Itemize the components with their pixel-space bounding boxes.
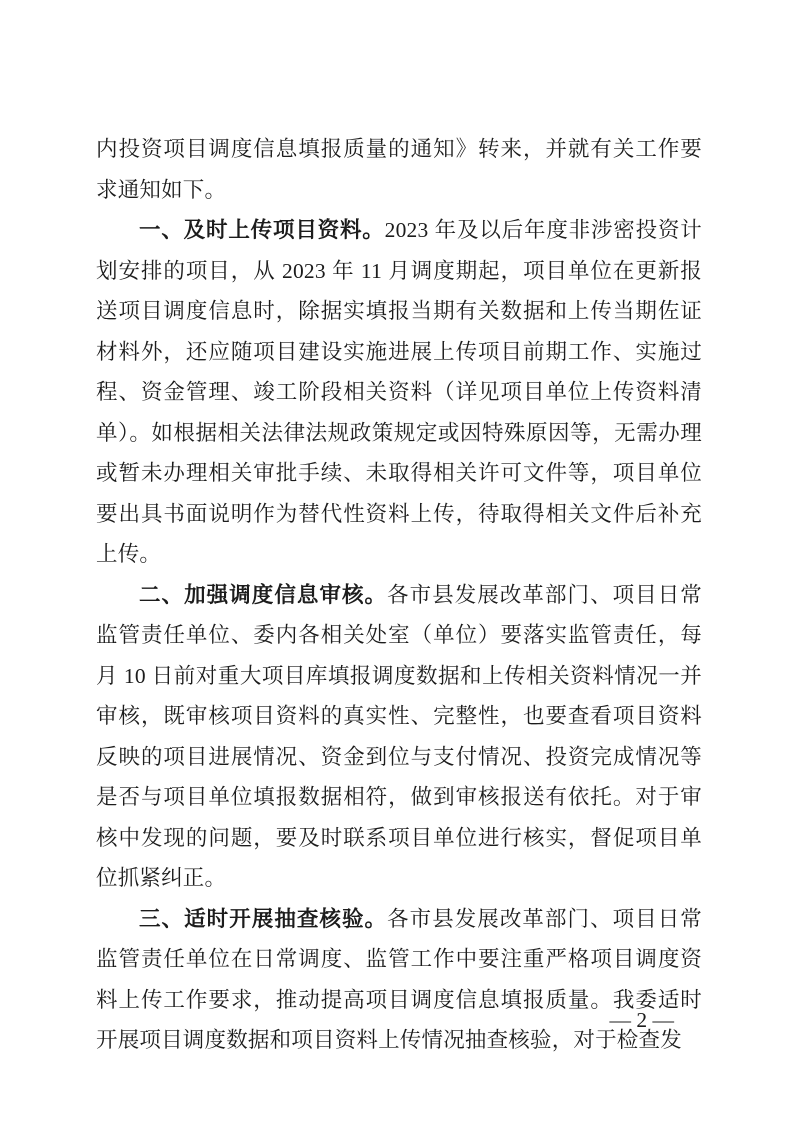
section-3-heading: 三、适时开展抽查核验。 bbox=[139, 907, 387, 931]
section-1-heading: 一、及时上传项目资料。 bbox=[139, 218, 385, 242]
document-page: 内投资项目调度信息填报质量的通知》转来，并就有关工作要求通知如下。 一、及时上传… bbox=[0, 0, 794, 1123]
section-1-text: 2023 年及以后年度非涉密投资计划安排的项目，从 2023 年 11 月调度期… bbox=[96, 218, 702, 566]
section-3-paragraph: 三、适时开展抽查核验。各市县发展改革部门、项目日常监管责任单位在日常调度、监管工… bbox=[96, 899, 702, 1061]
section-2-paragraph: 二、加强调度信息审核。各市县发展改革部门、项目日常监管责任单位、委内各相关处室（… bbox=[96, 575, 702, 899]
document-body: 内投资项目调度信息填报质量的通知》转来，并就有关工作要求通知如下。 一、及时上传… bbox=[96, 129, 702, 1061]
paragraph-continuation: 内投资项目调度信息填报质量的通知》转来，并就有关工作要求通知如下。 bbox=[96, 129, 702, 210]
section-1-paragraph: 一、及时上传项目资料。2023 年及以后年度非涉密投资计划安排的项目，从 202… bbox=[96, 210, 702, 575]
page-number: — 2 — bbox=[610, 1005, 675, 1035]
section-2-heading: 二、加强调度信息审核。 bbox=[139, 583, 387, 607]
paragraph-continuation-text: 内投资项目调度信息填报质量的通知》转来，并就有关工作要求通知如下。 bbox=[96, 137, 702, 202]
section-2-text: 各市县发展改革部门、项目日常监管责任单位、委内各相关处室（单位）要落实监管责任，… bbox=[96, 583, 702, 891]
